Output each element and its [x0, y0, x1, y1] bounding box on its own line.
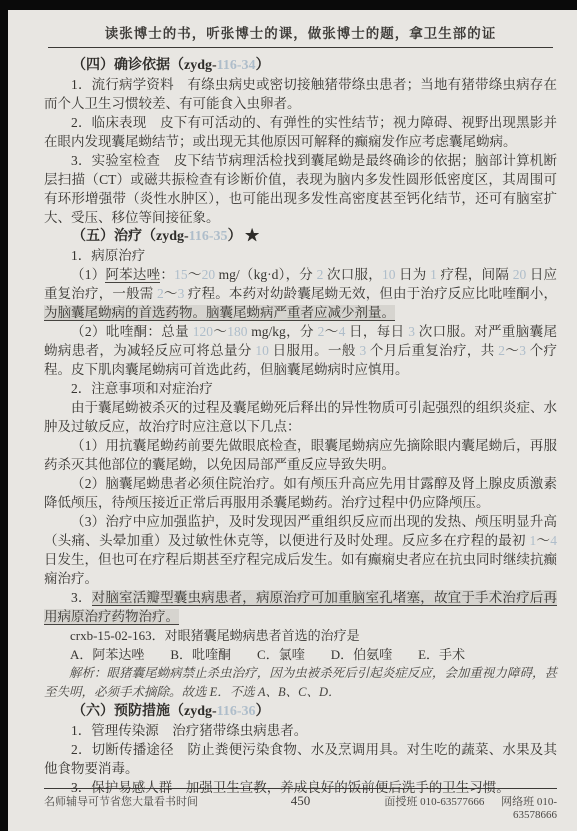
text-segment: （六）预防措施（zydg-	[72, 704, 217, 719]
text-segment: （3）治疗中应加强监护，及时发现因严重组织反应而出现的发热、颅压明显升高（头痛、…	[44, 514, 557, 548]
text-segment: 15	[174, 267, 188, 282]
text-segment: ）	[256, 58, 270, 73]
section-heading: （五）治疗（zydg-116-35） ★	[44, 227, 557, 246]
text-segment: 10	[382, 267, 396, 282]
text-segment: 个月后重复治疗，共	[366, 343, 498, 358]
text-segment: 次口服，	[323, 267, 382, 282]
text-segment: 10	[255, 343, 269, 358]
text-segment: 由于囊尾蚴被杀灭的过程及囊尾蚴死后释出的异性物质可引起强烈的组织炎症、水肿及过敏…	[44, 400, 557, 434]
text-segment: 日发生，但也可在疗程后期甚至疗程完成后发生。如有癫痫史者应在抗虫同时继续抗癫痫治…	[44, 552, 557, 586]
text-segment: 为脑囊尾蚴病的首选药物。脑囊尾蚴病严重者应减少剂量。	[44, 305, 395, 321]
paragraph: （2）脑囊尾蚴患者必须住院治疗。如有颅压升高应先用甘露醇及肾上腺皮质激素降低颅压…	[44, 474, 557, 512]
text-segment: mg/kg，分	[248, 324, 318, 339]
text-segment: 2．注意事项和对症治疗	[71, 381, 213, 396]
text-segment: 20	[202, 267, 216, 282]
paragraph: 1．流行病学资料 有绦虫病史或密切接触猪带绦虫患者；当地有猪带绦虫病存在而个人卫…	[44, 75, 557, 113]
paragraph: A．阿苯达唑 B．吡喹酮 C．氯喹 D．伯氨喹 E．手术	[44, 645, 557, 664]
paragraph: 1．病原治疗	[44, 246, 557, 265]
scan-edge-top	[0, 0, 577, 10]
text-segment: 3	[519, 343, 526, 358]
scan-edge-left	[0, 0, 8, 831]
text-segment: （2）吡喹酮：总量	[71, 324, 193, 339]
text-segment: 2．切断传播途径 防止粪便污染食物、水及烹调用具。对生吃的蔬菜、水果及其他食物要…	[44, 742, 557, 776]
text-segment: ）	[256, 704, 270, 719]
text-segment: 120	[193, 324, 213, 339]
text-segment: 3．	[71, 590, 92, 605]
paragraph: 3．实验室检查 皮下结节病理活检找到囊尾蚴是最终确诊的依据；脑部计算机断层扫描（…	[44, 151, 557, 227]
text-segment: mg/（kg·d），分	[215, 267, 317, 282]
text-segment: ～	[164, 286, 178, 301]
paragraph: （3）治疗中应加强监护，及时发现因严重组织反应而出现的发热、颅压明显升高（头痛、…	[44, 512, 557, 588]
paragraph: 由于囊尾蚴被杀灭的过程及囊尾蚴死后释出的异性物质可引起强烈的组织炎症、水肿及过敏…	[44, 398, 557, 436]
text-segment: 3．实验室检查 皮下结节病理活检找到囊尾蚴是最终确诊的依据；脑部计算机断层扫描（…	[44, 153, 557, 225]
paragraph: （1）阿苯达唑：15～20 mg/（kg·d），分 2 次口服，10 日为 1 …	[44, 265, 557, 322]
text-segment: （1）	[71, 267, 105, 282]
text-segment: 2	[498, 343, 505, 358]
paragraph: （1）用抗囊尾蚴药前要先做眼底检查，眼囊尾蚴病应先摘除眼内囊尾蚴后，再服药杀灭其…	[44, 436, 557, 474]
star-icon: ★	[242, 229, 260, 244]
text-segment: 2	[157, 286, 164, 301]
text-segment: 解析：眼猪囊尾蚴病禁止杀虫治疗，因为虫被杀死后引起炎症反应，会加重视力障碍，甚至…	[44, 666, 557, 699]
footer-slogan: 名师辅导可节省您大量看书时间	[44, 793, 261, 809]
paragraph: 3．对脑室活瓣型囊虫病患者，病原治疗可加重脑室孔堵塞，故宜于手术治疗后再用病原治…	[44, 588, 557, 626]
text-segment: 1．流行病学资料 有绦虫病史或密切接触猪带绦虫患者；当地有猪带绦虫病存在而个人卫…	[44, 77, 557, 111]
page-footer: 名师辅导可节省您大量看书时间 450 面授班 010-63577666 网络班 …	[44, 788, 557, 821]
page-header: 读张博士的书，听张博士的课，做张博士的题，拿卫生部的证	[48, 22, 553, 48]
paragraph: 2．注意事项和对症治疗	[44, 379, 557, 398]
footer-contacts: 面授班 010-63577666 网络班 010-63578666	[341, 793, 558, 821]
text-segment: ～	[536, 533, 550, 548]
footer-contact-onsite: 面授班 010-63577666	[384, 796, 484, 808]
paragraph: 2．临床表现 皮下有可活动的、有弹性的实性结节；视力障碍、视野出现黑影并在眼内发…	[44, 113, 557, 151]
text-segment: crxb-15-02-163．对眼猪囊尾蚴病患者首选的治疗是	[70, 628, 360, 643]
text-segment: 对脑室活瓣型囊虫病患者，病原治疗可加重脑室孔堵塞，故宜于手术治疗后再用病原治疗药…	[44, 590, 557, 625]
text-segment: （2）脑囊尾蚴患者必须住院治疗。如有颅压升高应先用甘露醇及肾上腺皮质激素降低颅压…	[44, 476, 557, 510]
text-segment: 日服用。一般	[269, 343, 360, 358]
text-segment: 116-35	[189, 229, 228, 244]
section-heading: （六）预防措施（zydg-116-36）	[44, 702, 557, 721]
text-segment: ～	[188, 267, 202, 282]
text-segment: 116-34	[217, 58, 256, 73]
text-segment: A．阿苯达唑 B．吡喹酮 C．氯喹 D．伯氨喹 E．手术	[70, 647, 465, 662]
text-segment: ～	[213, 324, 227, 339]
text-segment: 1	[430, 267, 437, 282]
text-segment: （四）确诊依据（zydg-	[72, 58, 217, 73]
paragraph: （2）吡喹酮：总量 120～180 mg/kg，分 2～4 日，每日 3 次口服…	[44, 322, 557, 379]
paragraph: 2．切断传播途径 防止粪便污染食物、水及烹调用具。对生吃的蔬菜、水果及其他食物要…	[44, 740, 557, 778]
paragraph: crxb-15-02-163．对眼猪囊尾蚴病患者首选的治疗是	[44, 626, 557, 645]
scanned-page: 读张博士的书，听张博士的课，做张博士的题，拿卫生部的证 （四）确诊依据（zydg…	[8, 10, 577, 831]
text-segment: 1．管理传染源 治疗猪带绦虫病患者。	[71, 723, 307, 738]
text-segment: 116-36	[217, 704, 256, 719]
text-segment: 疗程。本药对幼龄囊尾蚴无效，但由于治疗反应比吡喹酮小，	[184, 286, 557, 301]
screenshot-root: { "page": { "header": { "slogan": "读张博士的…	[0, 0, 577, 831]
document-body: （四）确诊依据（zydg-116-34）1．流行病学资料 有绦虫病史或密切接触猪…	[44, 56, 557, 797]
text-segment: 180	[227, 324, 247, 339]
footer-contact-online: 网络班 010-63578666	[501, 796, 557, 821]
text-segment: 日为	[395, 267, 430, 282]
text-segment: ：	[160, 267, 174, 282]
text-segment: （1）用抗囊尾蚴药前要先做眼底检查，眼囊尾蚴病应先摘除眼内囊尾蚴后，再服药杀灭其…	[44, 438, 557, 472]
section-heading: （四）确诊依据（zydg-116-34）	[44, 56, 557, 75]
text-segment: 20	[513, 267, 527, 282]
paragraph: 解析：眼猪囊尾蚴病禁止杀虫治疗，因为虫被杀死后引起炎症反应，会加重视力障碍，甚至…	[44, 664, 557, 702]
paragraph: 1．管理传染源 治疗猪带绦虫病患者。	[44, 721, 557, 740]
header-rule	[48, 47, 553, 48]
text-segment: ～	[505, 343, 519, 358]
text-segment: 3	[408, 324, 415, 339]
text-segment: ）	[228, 229, 242, 244]
text-segment: 1．病原治疗	[71, 248, 145, 263]
text-segment: ～	[324, 324, 338, 339]
text-segment: 4	[550, 533, 557, 548]
text-segment: 日，每日	[345, 324, 408, 339]
page-number: 450	[261, 793, 341, 809]
text-segment: 阿苯达唑	[105, 267, 160, 283]
text-segment: 2．临床表现 皮下有可活动的、有弹性的实性结节；视力障碍、视野出现黑影并在眼内发…	[44, 115, 557, 149]
text-segment: 疗程，间隔	[437, 267, 513, 282]
text-segment: （五）治疗（zydg-	[72, 229, 189, 244]
header-slogan: 读张博士的书，听张博士的课，做张博士的题，拿卫生部的证	[48, 22, 553, 42]
